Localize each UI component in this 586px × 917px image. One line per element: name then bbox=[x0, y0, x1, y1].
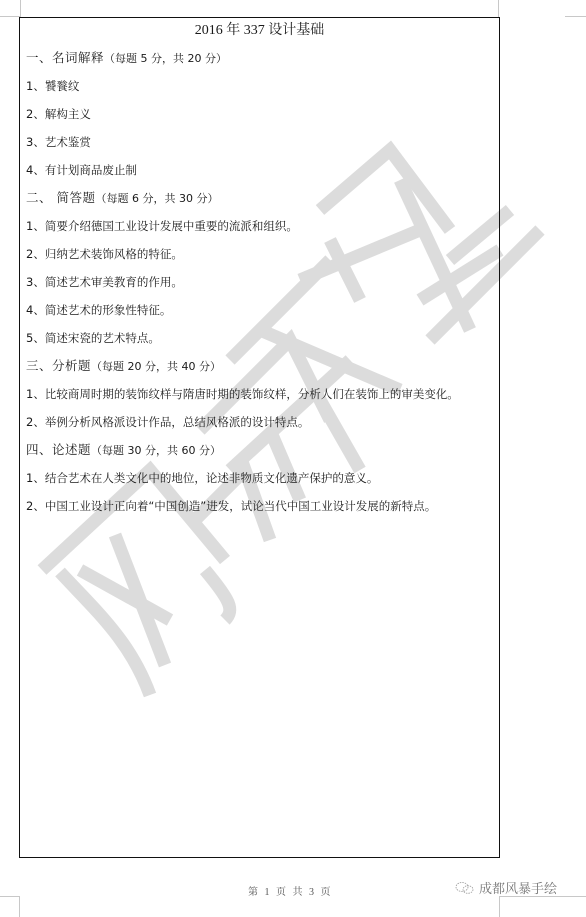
question-item: 2、举例分析风格派设计作品，总结风格派的设计特点。 bbox=[26, 414, 309, 430]
crop-mark-top-left bbox=[0, 16, 21, 17]
page-number: 第 1 页 共 3 页 bbox=[248, 883, 333, 898]
brand-name: 成都风暴手绘 bbox=[479, 882, 557, 897]
crop-mark-top-left-v bbox=[20, 0, 21, 17]
crop-mark-bottom-right-v bbox=[499, 896, 500, 917]
section-heading-text: 三、分析题 bbox=[26, 358, 91, 373]
section-points: （每题 5 分，共 20 分） bbox=[104, 52, 227, 65]
crop-mark-bottom-left bbox=[0, 896, 19, 897]
question-item: 4、有计划商品废止制 bbox=[26, 162, 137, 178]
section-points: （每题 20 分，共 40 分） bbox=[91, 360, 221, 373]
question-item: 1、比较商周时期的装饰纹样与隋唐时期的装饰纹样，分析人们在装饰上的审美变化。 bbox=[26, 386, 459, 402]
question-item: 4、简述艺术的形象性特征。 bbox=[26, 302, 171, 318]
section-heading-text: 四、论述题 bbox=[26, 442, 91, 457]
section-heading-text: 一、名词解释 bbox=[26, 50, 104, 65]
section-points: （每题 6 分，共 30 分） bbox=[95, 192, 218, 205]
brand-watermark: 成都风暴手绘 bbox=[455, 878, 557, 899]
question-item: 1、简要介绍德国工业设计发展中重要的流派和组织。 bbox=[26, 218, 298, 234]
crop-mark-bottom-left-v bbox=[19, 896, 20, 917]
section-heading-1: 一、名词解释（每题 5 分，共 20 分） bbox=[26, 50, 227, 67]
section-heading-2: 二、 简答题（每题 6 分，共 30 分） bbox=[26, 190, 218, 207]
section-heading-3: 三、分析题（每题 20 分，共 40 分） bbox=[26, 358, 221, 375]
section-points: （每题 30 分，共 60 分） bbox=[91, 444, 221, 457]
document-frame bbox=[19, 17, 500, 858]
question-item: 1、结合艺术在人类文化中的地位，论述非物质文化遗产保护的意义。 bbox=[26, 470, 378, 486]
question-item: 5、简述宋瓷的艺术特点。 bbox=[26, 330, 160, 346]
question-item: 3、简述艺术审美教育的作用。 bbox=[26, 274, 183, 290]
crop-mark-top-right bbox=[565, 16, 586, 17]
question-item: 2、解构主义 bbox=[26, 106, 91, 122]
question-item: 1、饕餮纹 bbox=[26, 78, 79, 94]
crop-mark-top-right-v bbox=[498, 0, 499, 17]
question-item: 2、归纳艺术装饰风格的特征。 bbox=[26, 246, 183, 262]
section-heading-text: 二、 简答题 bbox=[26, 190, 95, 205]
document-title: 2016 年 337 设计基础 bbox=[19, 22, 500, 40]
question-item: 3、艺术鉴赏 bbox=[26, 134, 91, 150]
section-heading-4: 四、论述题（每题 30 分，共 60 分） bbox=[26, 442, 221, 459]
question-item: 2、中国工业设计正向着“中国创造”进发，试论当代中国工业设计发展的新特点。 bbox=[26, 498, 436, 514]
wechat-icon bbox=[455, 881, 475, 899]
